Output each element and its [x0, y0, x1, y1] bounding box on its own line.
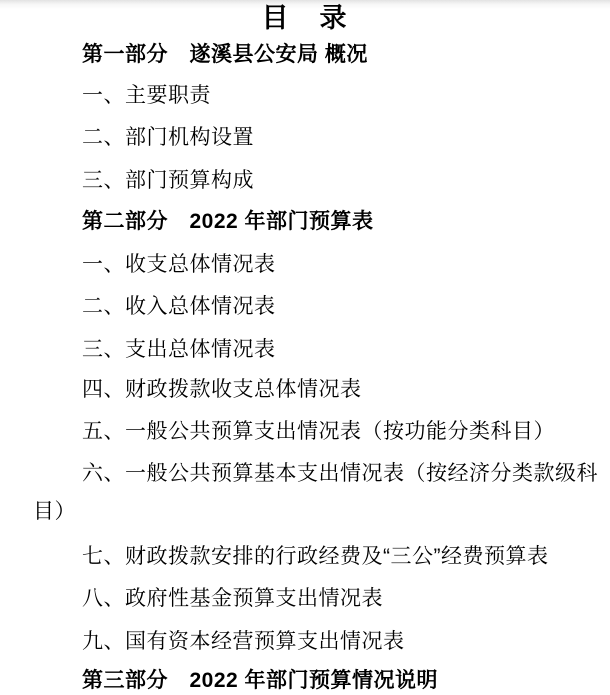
toc-item-state-capital-operation: 九、国有资本经营预算支出情况表 — [82, 630, 405, 653]
toc-item-org-structure: 二、部门机构设置 — [82, 126, 254, 149]
toc-item-income-summary: 二、收入总体情况表 — [82, 295, 276, 318]
heading-part-one: 第一部分 遂溪县公安局 概况 — [82, 43, 368, 66]
toc-item-main-duties: 一、主要职责 — [82, 84, 211, 107]
toc-item-fiscal-appropriation-summary: 四、财政拨款收支总体情况表 — [82, 378, 362, 401]
toc-item-basic-expenditure-wrap: 目） — [33, 500, 76, 523]
toc-item-revenue-expenditure-summary: 一、收支总体情况表 — [82, 253, 276, 276]
heading-part-two: 第二部分 2022 年部门预算表 — [82, 210, 374, 233]
toc-title: 目 录 — [0, 0, 610, 35]
toc-item-admin-three-public-funds: 七、财政拨款安排的行政经费及“三公”经费预算表 — [82, 545, 549, 568]
toc-item-general-budget-basic-expenditure: 六、一般公共预算基本支出情况表（按经济分类款级科 — [82, 462, 598, 485]
toc-item-general-budget-expenditure: 五、一般公共预算支出情况表（按功能分类科目） — [82, 420, 555, 443]
heading-part-three: 第三部分 2022 年部门预算情况说明 — [82, 669, 438, 692]
toc-item-budget-composition: 三、部门预算构成 — [82, 169, 254, 192]
toc-item-expenditure-summary: 三、支出总体情况表 — [82, 338, 276, 361]
toc-item-government-fund-budget: 八、政府性基金预算支出情况表 — [82, 587, 383, 610]
toc-document-page: 目 录 第一部分 遂溪县公安局 概况 一、主要职责 二、部门机构设置 三、部门预… — [0, 0, 610, 695]
